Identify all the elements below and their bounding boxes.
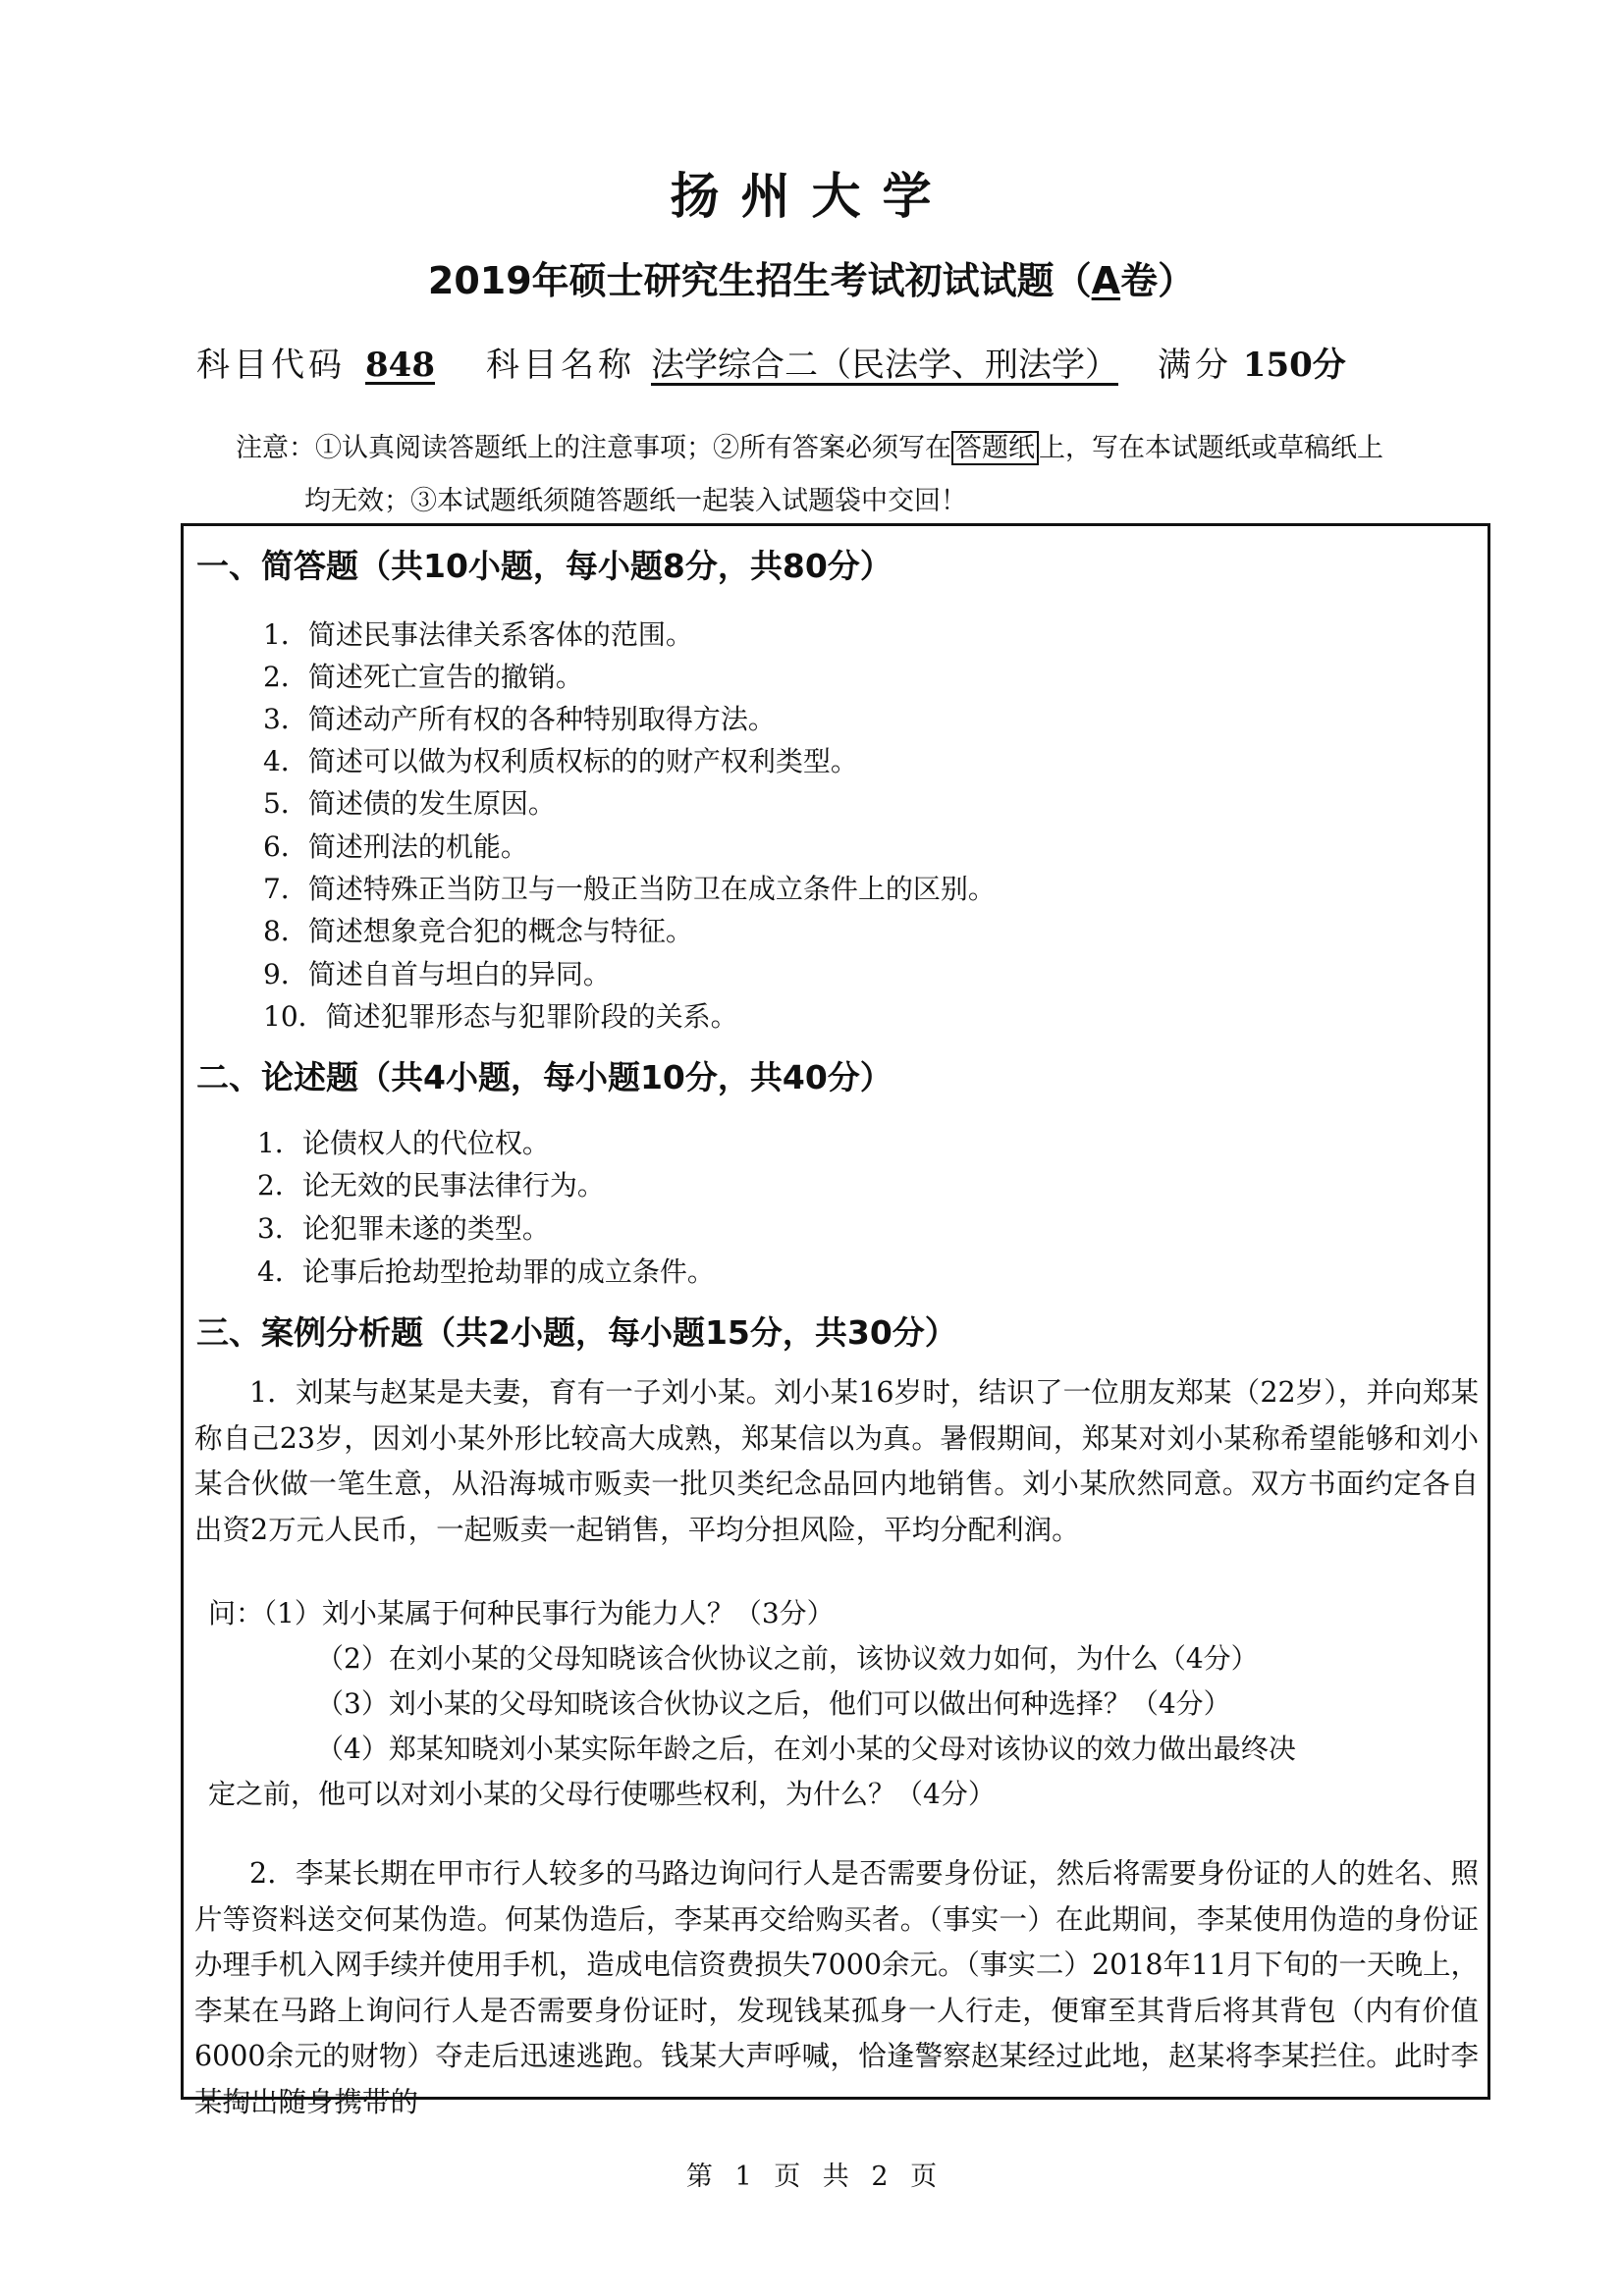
page-footer: 第 1 页 共 2 页 xyxy=(0,2160,1623,2195)
subject-code: 848 xyxy=(365,346,435,385)
full-score-label: 满分 xyxy=(1158,346,1232,385)
question-item: 9．简述自首与坦白的异同。 xyxy=(263,957,611,992)
question-item: 10．简述犯罪形态与犯罪阶段的关系。 xyxy=(263,999,738,1035)
question-item: 7．简述特殊正当防卫与一般正当防卫在成立条件上的区别。 xyxy=(263,872,996,907)
question-item: 3．论犯罪未遂的类型。 xyxy=(257,1211,550,1247)
case-1-question-2: （2）在刘小某的父母知晓该合伙协议之前，该协议效力如何，为什么（4分） xyxy=(316,1641,1259,1677)
question-item: 3．简述动产所有权的各种特别取得方法。 xyxy=(263,702,776,737)
question-item: 2．简述死亡宣告的撤销。 xyxy=(263,660,583,695)
question-item: 5．简述债的发生原因。 xyxy=(263,786,556,822)
notice-boxed-term: 答题纸 xyxy=(951,431,1039,465)
question-item: 4．论事后抢劫型抢劫罪的成立条件。 xyxy=(257,1255,715,1290)
exam-title-suffix: 卷） xyxy=(1120,259,1195,302)
notice-part1: ①认真阅读答题纸上的注意事项；②所有答案必须写在 xyxy=(315,433,951,463)
section-heading-case-analysis: 三、案例分析题（共2小题，每小题15分，共30分） xyxy=(196,1311,957,1355)
case-1-question-4-cont: 定之前，他可以对刘小某的父母行使哪些权利，为什么？（4分） xyxy=(208,1777,996,1812)
case-1-question-3: （3）刘小某的父母知晓该合伙协议之后，他们可以做出何种选择？（4分） xyxy=(316,1686,1231,1722)
subject-name: 法学综合二（民法学、刑法学） xyxy=(651,346,1118,385)
exam-title-prefix: 2019年硕士研究生招生考试初试试题（ xyxy=(428,259,1092,302)
case-1-question-4: （4）郑某知晓刘小某实际年龄之后，在刘小某的父母对该协议的效力做出最终决 xyxy=(316,1732,1296,1767)
question-item: 1．论债权人的代位权。 xyxy=(257,1126,550,1161)
subject-name-label: 科目名称 xyxy=(486,346,635,385)
section-heading-short-answer: 一、简答题（共10小题，每小题8分，共80分） xyxy=(196,545,893,588)
exam-title: 2019年硕士研究生招生考试初试试题（A卷） xyxy=(0,257,1623,304)
case-2-text: 2．李某长期在甲市行人较多的马路边询问行人是否需要身份证，然后将需要身份证的人的… xyxy=(194,1851,1479,2125)
university-name: 扬州大学 xyxy=(0,167,1623,226)
question-item: 1．简述民事法律关系客体的范围。 xyxy=(263,617,693,653)
full-score: 150分 xyxy=(1243,346,1346,385)
subject-info: 科目代码848科目名称法学综合二（民法学、刑法学）满分 150分 xyxy=(196,344,1346,387)
question-item: 8．简述想象竞合犯的概念与特征。 xyxy=(263,914,693,949)
question-item: 4．简述可以做为权利质权标的的财产权利类型。 xyxy=(263,744,858,779)
notice-line2: 均无效；③本试题纸须随答题纸一起装入试题袋中交回！ xyxy=(236,483,1492,520)
subject-code-label: 科目代码 xyxy=(196,346,346,385)
case-1-question-1: 问：（1）刘小某属于何种民事行为能力人？（3分） xyxy=(208,1596,835,1631)
notice: 注意：①认真阅读答题纸上的注意事项；②所有答案必须写在答题纸上，写在本试题纸或草… xyxy=(236,430,1492,520)
notice-part2: 上，写在本试题纸或草稿纸上 xyxy=(1039,433,1383,463)
case-1-text: 1．刘某与赵某是夫妻，育有一子刘小某。刘小某16岁时，结识了一位朋友郑某（22岁… xyxy=(194,1370,1479,1553)
question-item: 2．论无效的民事法律行为。 xyxy=(257,1168,605,1203)
question-item: 6．简述刑法的机能。 xyxy=(263,829,528,865)
paper-version: A xyxy=(1092,259,1120,302)
section-heading-essay: 二、论述题（共4小题，每小题10分，共40分） xyxy=(196,1056,893,1099)
notice-label: 注意： xyxy=(236,433,315,463)
